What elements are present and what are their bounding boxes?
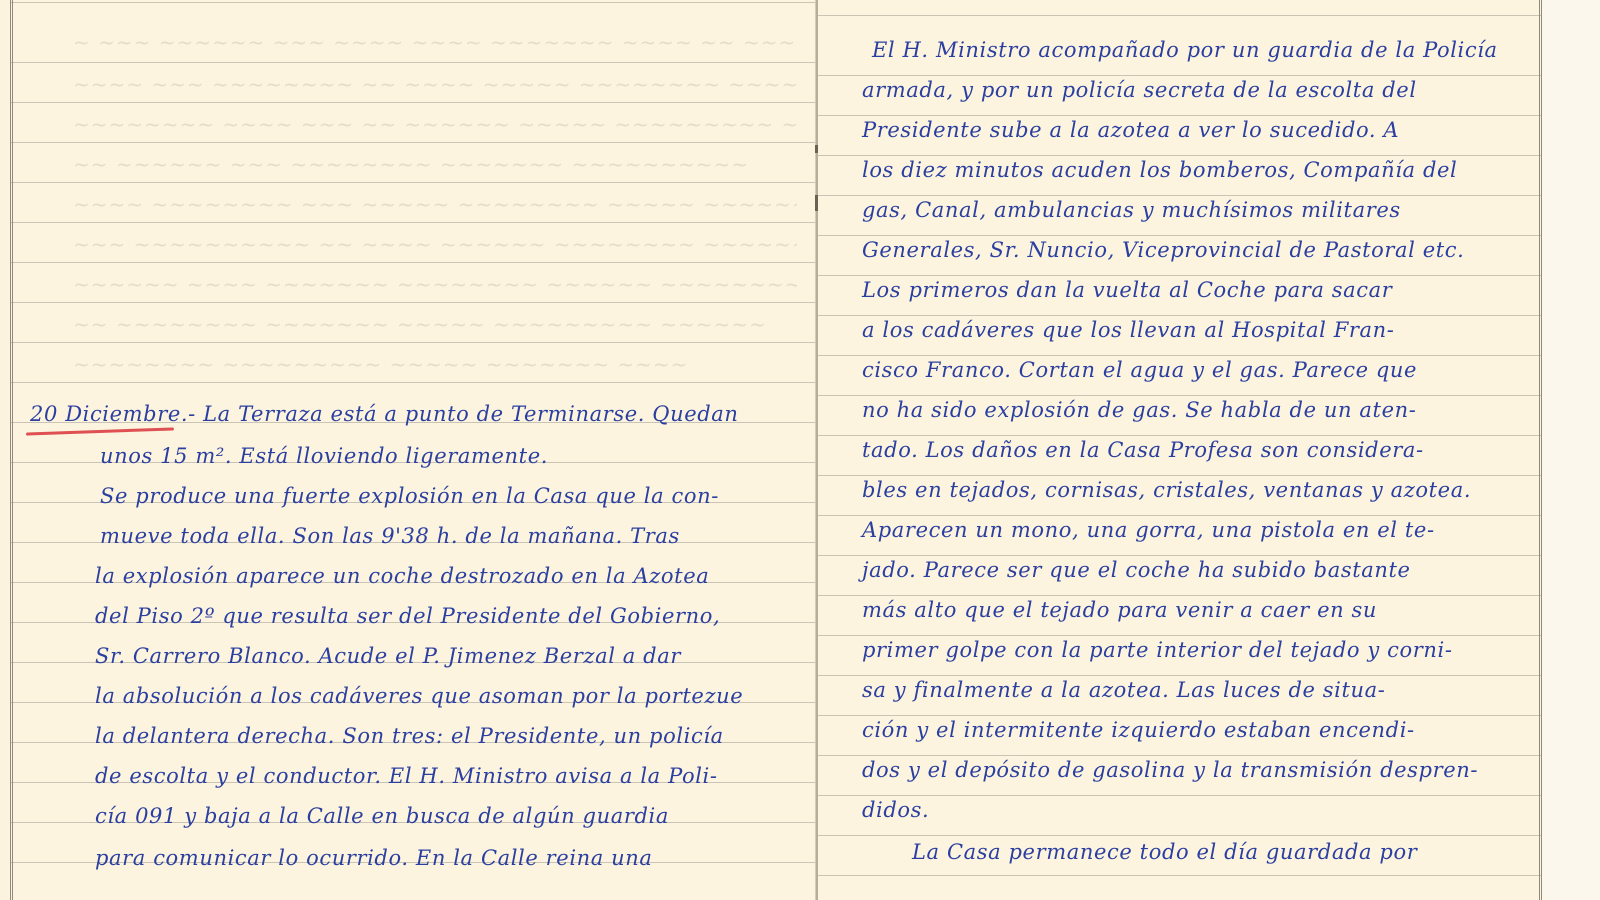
handwritten-line: Aparecen un mono, una gorra, una pistola… bbox=[862, 518, 1435, 542]
handwritten-line: de escolta y el conductor. El H. Ministr… bbox=[95, 764, 718, 788]
faded-bleed-line: ~~ ~~~~~~~~ ~~~~~~~ ~~~~~ ~~~~~~~~~ ~~~~… bbox=[73, 312, 797, 336]
handwritten-line: la explosión aparece un coche destrozado… bbox=[95, 564, 709, 588]
handwritten-line: Generales, Sr. Nuncio, Viceprovincial de… bbox=[862, 238, 1464, 262]
handwritten-line: .- La Terraza está a punto de Terminarse… bbox=[181, 402, 739, 426]
handwritten-line: Presidente sube a la azotea a ver lo suc… bbox=[862, 118, 1399, 142]
faded-bleed-line: ~~~ ~~~~~~~~~~ ~~ ~~~~ ~~~~~~ ~~~~~~~~ ~… bbox=[73, 232, 797, 256]
handwritten-line: El H. Ministro acompañado por un guardia… bbox=[872, 38, 1498, 62]
handwritten-line: Los primeros dan la vuelta al Coche para… bbox=[862, 278, 1392, 302]
faded-bleed-line: ~ ~~~ ~~~~~~ ~~~ ~~~~ ~~~~ ~~~~~~~ ~~~~ … bbox=[73, 30, 797, 54]
page-outer-margin bbox=[1542, 0, 1600, 900]
entry-date: 20 Diciembre bbox=[30, 402, 181, 426]
handwritten-line: cisco Franco. Cortan el agua y el gas. P… bbox=[862, 358, 1417, 382]
handwritten-line: más alto que el tejado para venir a caer… bbox=[862, 598, 1377, 622]
faded-bleed-line: ~~ ~~~~~~ ~~~ ~~~~~~~~ ~~~~~~~ ~~~~~~~~~… bbox=[73, 152, 797, 176]
handwritten-line: sa y finalmente a la azotea. Las luces d… bbox=[862, 678, 1385, 702]
handwritten-line: ción y el intermitente izquierdo estaban… bbox=[862, 718, 1415, 742]
handwritten-line: bles en tejados, cornisas, cristales, ve… bbox=[862, 478, 1471, 502]
handwritten-line: Sr. Carrero Blanco. Acude el P. Jimenez … bbox=[95, 644, 681, 668]
notebook-spread: ~ ~~~ ~~~~~~ ~~~ ~~~~ ~~~~ ~~~~~~~ ~~~~ … bbox=[0, 0, 1600, 900]
faded-bleed-line: ~~~~~~~~ ~~~~~~~~~ ~~~~~ ~~~~~~~ ~~~~ bbox=[73, 352, 797, 376]
faded-bleed-line: ~~~~ ~~~ ~~~~~~~~ ~~ ~~~~ ~~~~~ ~~~~~~~~… bbox=[73, 72, 797, 96]
handwritten-line: gas, Canal, ambulancias y muchísimos mil… bbox=[862, 198, 1401, 222]
handwritten-line: la delantera derecha. Son tres: el Presi… bbox=[95, 724, 724, 748]
handwritten-line: la absolución a los cadáveres que asoman… bbox=[95, 684, 743, 708]
handwritten-line: no ha sido explosión de gas. Se habla de… bbox=[862, 398, 1416, 422]
handwritten-line: primer golpe con la parte interior del t… bbox=[862, 638, 1453, 662]
handwritten-line: unos 15 m². Está lloviendo ligeramente. bbox=[100, 444, 548, 468]
handwritten-line: cía 091 y baja a la Calle en busca de al… bbox=[95, 804, 669, 828]
handwritten-line: didos. bbox=[862, 798, 929, 822]
handwritten-line: a los cadáveres que los llevan al Hospit… bbox=[862, 318, 1395, 342]
handwritten-line: Se produce una fuerte explosión en la Ca… bbox=[100, 484, 719, 508]
handwritten-line: para comunicar lo ocurrido. En la Calle … bbox=[95, 846, 653, 870]
handwritten-line: tado. Los daños en la Casa Profesa son c… bbox=[862, 438, 1424, 462]
handwritten-line: La Casa permanece todo el día guardada p… bbox=[912, 840, 1417, 864]
handwritten-line: del Piso 2º que resulta ser del Presiden… bbox=[95, 604, 720, 628]
faded-bleed-line: ~~~~ ~~~~~~~~ ~~~ ~~~~~ ~~~~~~~~ ~~~~~ ~… bbox=[73, 192, 797, 216]
handwritten-line: los diez minutos acuden los bomberos, Co… bbox=[862, 158, 1457, 182]
handwritten-line: jado. Parece ser que el coche ha subido … bbox=[862, 558, 1411, 582]
faded-bleed-line: ~~~~~~~~ ~~~~ ~~~ ~~ ~~~~~~ ~~~~~ ~~~~~~… bbox=[73, 112, 797, 136]
handwritten-line: mueve toda ella. Son las 9'38 h. de la m… bbox=[100, 524, 680, 548]
handwritten-line: dos y el depósito de gasolina y la trans… bbox=[862, 758, 1478, 782]
handwritten-line: armada, y por un policía secreta de la e… bbox=[862, 78, 1417, 102]
faded-bleed-line: ~~~~~~ ~~~~ ~~~~~~~ ~~~~~~~~ ~~~~~~ ~~~~… bbox=[73, 272, 797, 296]
entry-heading-line: 20 Diciembre.- La Terraza está a punto d… bbox=[30, 402, 739, 426]
